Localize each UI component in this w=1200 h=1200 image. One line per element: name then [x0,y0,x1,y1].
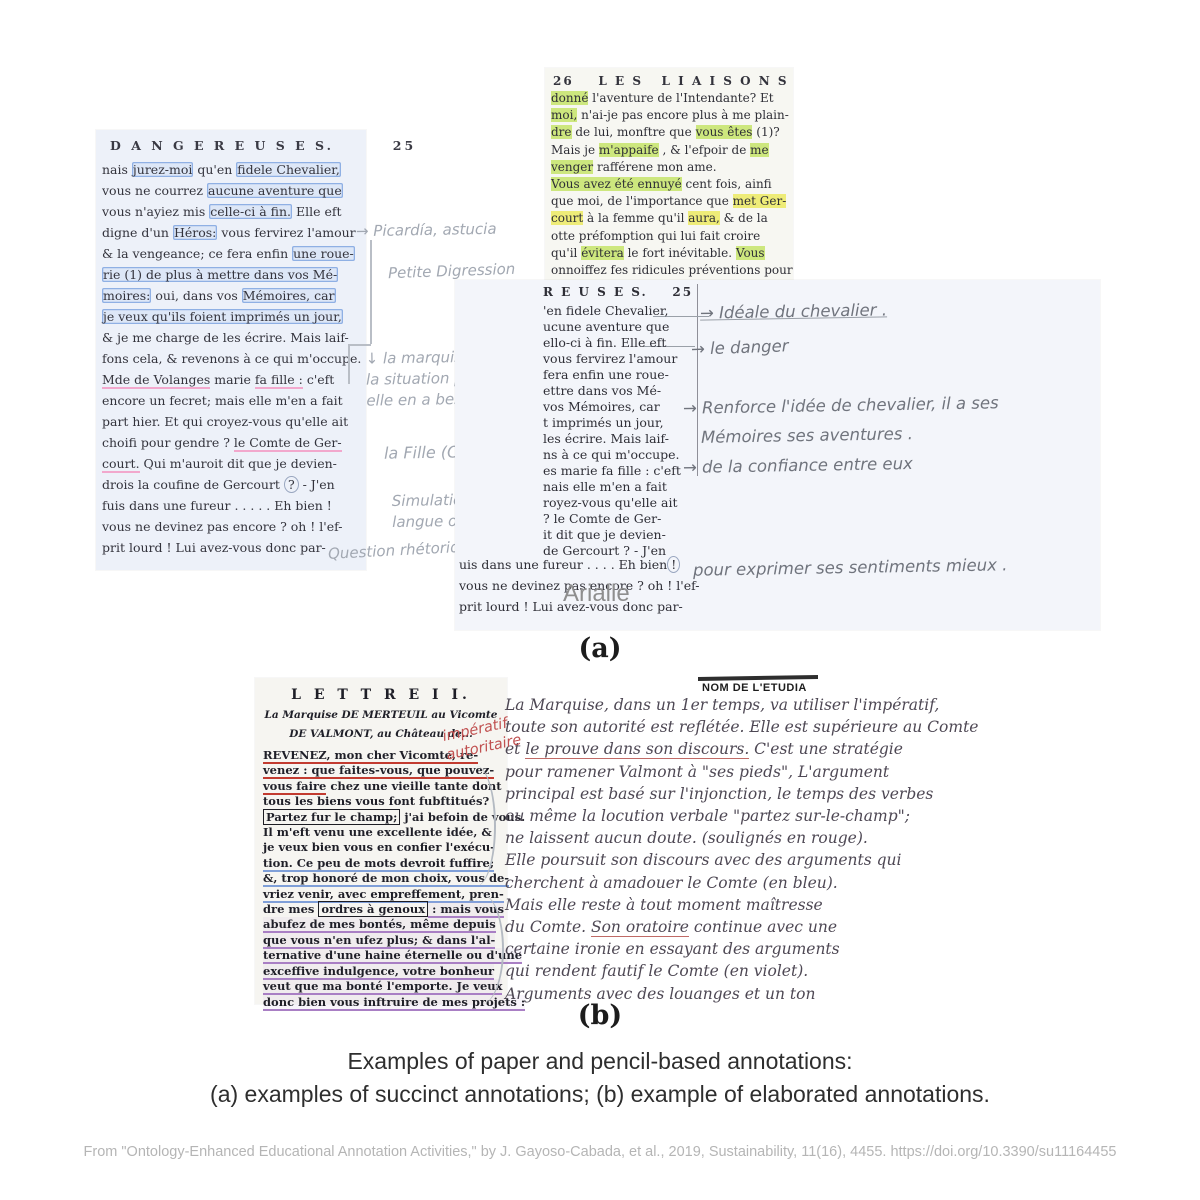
page-body-les-liaisons: donné l'aventure de l'Intendante? Etmoi,… [545,90,793,279]
watermark-arialle: Arialle [563,580,630,608]
page-body-dangereuses: nais jurez-moi qu'en fidele Chevalier,vo… [96,157,366,560]
page-header-dangereuses: D A N G E R E U S E S. 25 [96,130,366,157]
figure-caption-line-1: Examples of paper and pencil-based annot… [0,1048,1200,1075]
lettre-title: L E T T R E I I. [255,687,507,703]
ink-note-le-danger: → le danger [691,336,789,358]
source-attribution: From "Ontology-Enhanced Educational Anno… [0,1144,1200,1160]
student-name-header: NOM DE L'ETUDIA [702,682,807,694]
page-column-reuses: R E U S E S. 25 'en fidele Chevalier,ucu… [543,284,707,559]
figure-label-a: (a) [0,633,1200,664]
scan-page-dangereuses: D A N G E R E U S E S. 25 nais jurez-moi… [96,130,366,570]
pencil-note-picardia: → Picardía, astucia [356,219,497,242]
handwritten-paragraph: La Marquise, dans un 1er temps, va utili… [505,694,945,1005]
lettre-subtitle-1: La Marquise DE MERTEUIL au Vicomte [255,709,507,722]
ink-note-renforce: → Renforce l'idée de chevalier, il a ses [683,393,999,418]
page-header-reuses: R E U S E S. 25 [543,284,707,303]
scan-panel-reuses-notes: R E U S E S. 25 'en fidele Chevalier,ucu… [455,280,1100,630]
ink-note-sentiments: pour exprimer ses sentiments mieux . [693,555,1008,579]
scan-page-les-liaisons: 26 L E S L I A I S O N S donné l'aventur… [545,68,793,286]
ink-note-ideale-chevalier: → Idéale du chevalier . [700,300,887,322]
pencil-line-horizontal [348,344,371,346]
scan-edge-bar [698,675,818,681]
pencil-line-vertical-short [348,344,350,384]
ink-note-memoires: Mémoires ses aventures . [701,424,913,447]
figure-caption-line-2: (a) examples of succinct annotations; (b… [0,1081,1200,1108]
page-header-les-liaisons: 26 L E S L I A I S O N S [545,68,793,90]
figure-label-b: (b) [0,1000,1200,1031]
ink-note-confiance: → de la confiance entre eux [683,454,913,477]
figure-canvas: D A N G E R E U S E S. 25 nais jurez-moi… [0,0,1200,1200]
pencil-line-vertical [370,240,372,344]
page-column-reuses-lines: 'en fidele Chevalier,ucune aventure quee… [543,303,707,559]
